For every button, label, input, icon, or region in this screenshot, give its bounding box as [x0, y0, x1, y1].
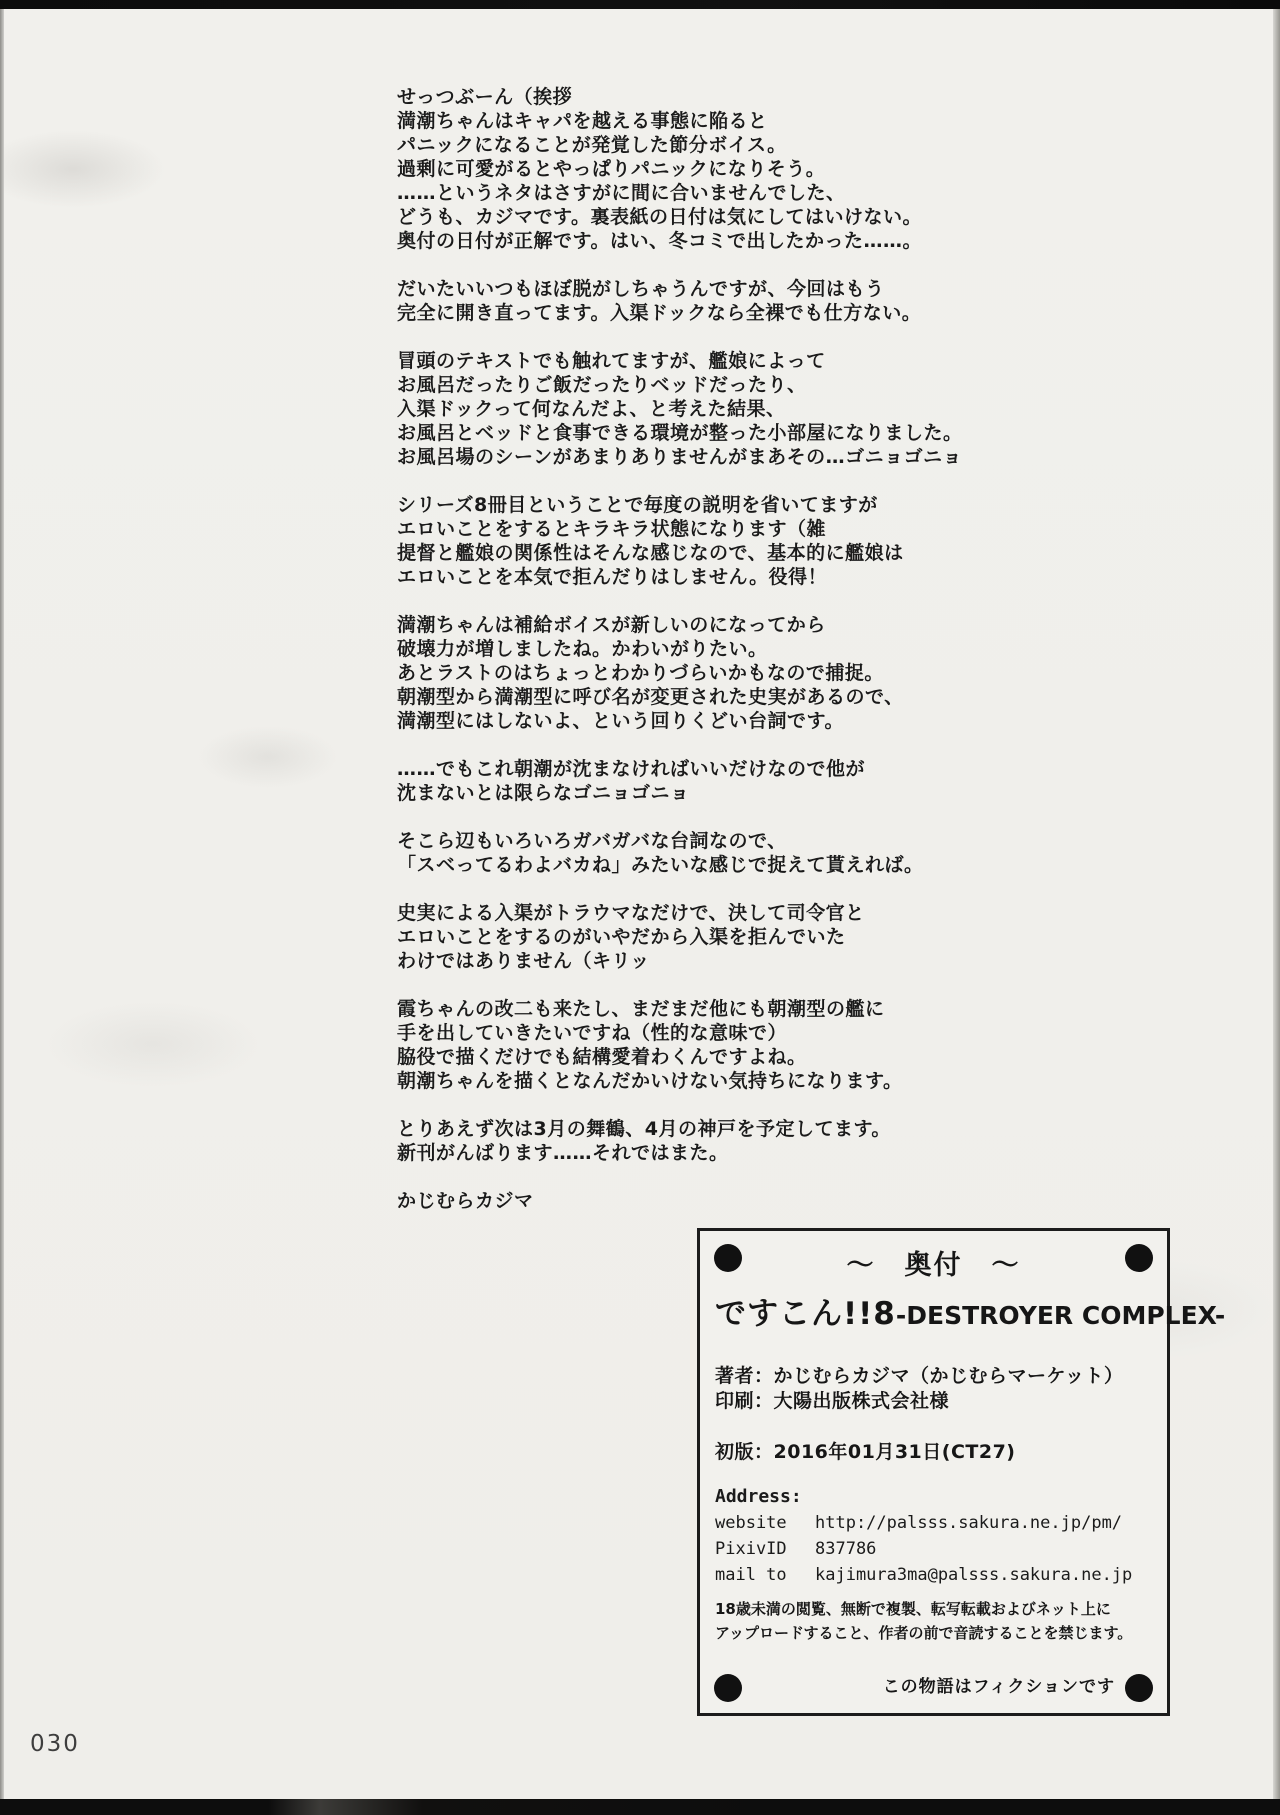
corner-dot-icon: [714, 1674, 742, 1702]
pixiv-id: 837786: [815, 1536, 1157, 1562]
address-label: Address:: [715, 1484, 1157, 1510]
afterword-paragraph: シリーズ8冊目ということで毎度の説明を省いてますが エロいことをするとキラキラ状…: [397, 493, 1027, 589]
edition-row: 初版：2016年01月31日(CT27): [715, 1437, 1015, 1464]
afterword-paragraph: 満潮ちゃんは補給ボイスが新しいのになってから 破壊力が増しましたね。かわいがりた…: [397, 613, 1027, 733]
address-row-label: mail to: [715, 1562, 815, 1588]
corner-dot-icon: [1125, 1674, 1153, 1702]
address-block: Address: website http://palsss.sakura.ne…: [715, 1484, 1157, 1588]
afterword-paragraph: せっつぶーん（挨拶 満潮ちゃんはキャパを越える事態に陥ると パニックになることが…: [397, 85, 1027, 253]
author-signature: かじむらカジマ: [397, 1189, 1027, 1213]
address-row-label: PixivID: [715, 1536, 815, 1562]
mail-address: kajimura3ma@palsss.sakura.ne.jp: [815, 1562, 1157, 1588]
address-row-label: website: [715, 1510, 815, 1536]
website-url: http://palsss.sakura.ne.jp/pm/: [815, 1510, 1157, 1536]
scan-edge-right: [1273, 0, 1280, 1815]
address-row-mail: mail to kajimura3ma@palsss.sakura.ne.jp: [715, 1562, 1157, 1588]
afterword-paragraph: とりあえず次は3月の舞鶴、4月の神戸を予定してます。 新刊がんばります……それで…: [397, 1117, 1027, 1165]
corner-dot-icon: [1125, 1244, 1153, 1272]
afterword-paragraph: 史実による入渠がトラウマなだけで、決して司令官と エロいことをするのがいやだから…: [397, 901, 1027, 973]
fiction-note: この物語はフィクションです: [883, 1672, 1115, 1697]
afterword-paragraph: だいたいいつもほぼ脱がしちゃうんですが、今回はもう 完全に開き直ってます。入渠ド…: [397, 277, 1027, 325]
age-disclaimer: 18歳未満の閲覧、無断で複製、転写転載およびネット上に アップロードすること、作…: [715, 1597, 1159, 1645]
afterword-paragraph: 霞ちゃんの改二も来たし、まだまだ他にも朝潮型の艦に 手を出していきたいですね（性…: [397, 997, 1027, 1093]
book-title: ですこん!!8-DESTROYER COMPLEX-: [715, 1288, 1225, 1333]
scan-edge-top: [0, 0, 1280, 9]
book-title-en: -DESTROYER COMPLEX-: [896, 1301, 1225, 1330]
afterword-paragraph: そこら辺もいろいろガバガバな台詞なので、 「スベってるわよバカね」みたいな感じで…: [397, 829, 1027, 877]
address-row-website: website http://palsss.sakura.ne.jp/pm/: [715, 1510, 1157, 1536]
scan-edge-left: [0, 0, 4, 1815]
page-number: 030: [30, 1731, 80, 1757]
scanned-doujinshi-page: せっつぶーん（挨拶 満潮ちゃんはキャパを越える事態に陥ると パニックになることが…: [0, 0, 1280, 1815]
afterword-text-block: せっつぶーん（挨拶 満潮ちゃんはキャパを越える事態に陥ると パニックになることが…: [397, 85, 1027, 1213]
author-row: 著者：かじむらカジマ（かじむらマーケット）: [715, 1361, 1124, 1388]
corner-dot-icon: [714, 1244, 742, 1272]
book-title-jp: ですこん!!8: [715, 1296, 896, 1332]
printer-row: 印刷：大陽出版株式会社様: [715, 1386, 949, 1413]
scan-edge-bottom: [0, 1799, 1280, 1815]
afterword-paragraph: ……でもこれ朝潮が沈まなければいいだけなので他が 沈まないとは限らなゴニョゴニョ: [397, 757, 1027, 805]
address-row-pixiv: PixivID 837786: [715, 1536, 1157, 1562]
afterword-paragraph: 冒頭のテキストでも触れてますが、艦娘によって お風呂だったりご飯だったりベッドだ…: [397, 349, 1027, 469]
colophon-box: ～ 奥付 ～ ですこん!!8-DESTROYER COMPLEX- 著者：かじむ…: [697, 1228, 1170, 1716]
colophon-header: ～ 奥付 ～: [750, 1243, 1117, 1282]
